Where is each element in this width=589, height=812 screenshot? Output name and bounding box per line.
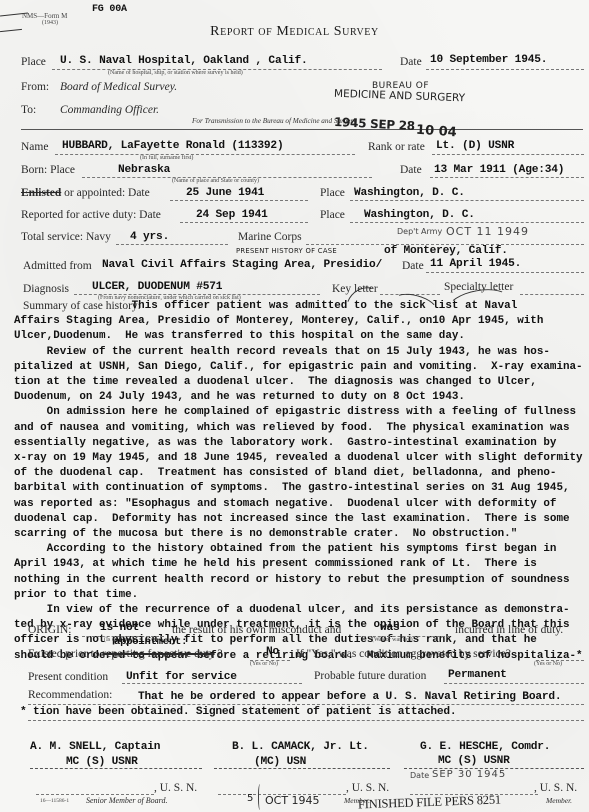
signature-2-corps: (MC) USN bbox=[254, 756, 306, 768]
summary-line: April 1943, at which time he held his pr… bbox=[14, 557, 582, 572]
from-value: Board of Medical Survey. bbox=[60, 81, 177, 93]
recommendation-label: Recommendation: bbox=[28, 689, 112, 701]
reported-date: 24 Sep 1941 bbox=[196, 209, 268, 221]
place-value: U. S. Naval Hospital, Oakland , Calif. bbox=[60, 55, 308, 67]
place-caption: (Name of hospital, ship, or station wher… bbox=[108, 70, 243, 76]
total-service-label: Total service: Navy bbox=[21, 231, 111, 243]
received-time-stamp: 10 04 bbox=[416, 123, 458, 141]
summary-line: In view of the recurrence of a duodenal … bbox=[14, 603, 582, 618]
header-divider bbox=[21, 129, 583, 130]
born-place-value: Nebraska bbox=[118, 164, 170, 176]
existed-label-struck: reporting for active duty bbox=[102, 648, 214, 660]
summary-line: was reported as: "Esophagus and stomach … bbox=[14, 497, 582, 512]
signature-1-role: Senior Member of Board. bbox=[86, 796, 167, 805]
admitted-label: Admitted from bbox=[23, 260, 92, 272]
existed-label-start: Existed prior to bbox=[28, 648, 100, 660]
summary-line: Ulcer,Duodenum. He was transferred to th… bbox=[14, 329, 582, 344]
summary-line: prior to that time. bbox=[14, 588, 582, 603]
signature-1-suffix: , U. S. N. bbox=[154, 782, 197, 794]
enlisted-date-rule bbox=[170, 200, 308, 201]
enlisted-place-value: Washington, D. C. bbox=[354, 187, 465, 199]
oct-stamp-day: 5 bbox=[247, 793, 253, 804]
signature-3-corps: MC (S) USNR bbox=[438, 755, 510, 767]
existed-caption: (Yes or No) bbox=[250, 661, 278, 667]
summary-line: This officer patient was admitted to the… bbox=[14, 299, 582, 314]
summary-line: tion at the time revealed a duodenal ulc… bbox=[14, 375, 582, 390]
date-value: 10 September 1945. bbox=[430, 54, 547, 66]
finished-file-stamp: FINISHED FILE PERS 8251 bbox=[358, 793, 501, 812]
diagnosis-label: Diagnosis bbox=[23, 283, 69, 295]
document-title: Report of Medical Survey bbox=[0, 24, 589, 40]
summary-line: of the duodenal cap. Treatment has consi… bbox=[14, 466, 582, 481]
signature-line-1 bbox=[36, 794, 154, 795]
present-condition-rule bbox=[122, 683, 302, 684]
signature-2-name: B. L. CAMACK, Jr. Lt. bbox=[232, 741, 369, 753]
summary-text: This officer patient was admitted to the… bbox=[14, 299, 582, 664]
born-place-caption: (Name of place and State or county) bbox=[172, 178, 259, 184]
summary-line: duodenal cap. Deformity has not increase… bbox=[14, 512, 582, 527]
recommendation-line1: That he be ordered to appear before a U.… bbox=[138, 691, 561, 703]
reported-label: Reported for active duty: Date bbox=[21, 209, 161, 221]
signature-1-name: A. M. SNELL, Captain bbox=[30, 741, 160, 753]
signature-3-name: G. E. HESCHE, Comdr. bbox=[420, 741, 550, 753]
from-label: From: bbox=[21, 81, 49, 93]
summary-line: scarring of the mucosa but there is no d… bbox=[14, 527, 582, 542]
enlisted-struck-label: Enlisted bbox=[21, 187, 61, 199]
future-duration-value: Permanent bbox=[448, 669, 507, 681]
existed-label: Existed prior to reporting for active du… bbox=[28, 648, 223, 660]
summary-line: On admission here he complained of epiga… bbox=[14, 405, 582, 420]
enlisted-place-label: Place bbox=[320, 187, 345, 199]
signature-3-suffix: , U. S. N. bbox=[534, 782, 577, 794]
admitted-date-label: Date bbox=[402, 260, 424, 272]
born-date-label: Date bbox=[400, 164, 422, 176]
rank-value: Lt. (D) USNR bbox=[436, 140, 514, 152]
dept-army-date-stamp: OCT 11 1949 bbox=[446, 225, 529, 238]
present-condition-label: Present condition bbox=[28, 671, 108, 683]
future-duration-label: Probable future duration bbox=[314, 670, 426, 682]
to-label: To: bbox=[21, 104, 36, 116]
admitted-date-rule bbox=[426, 272, 584, 273]
recommendation-rule bbox=[28, 720, 584, 721]
recommendation-line2: * tion have been obtained. Signed statem… bbox=[20, 706, 456, 718]
bureau-stamp-line2: MEDICINE AND SURGERY bbox=[334, 88, 465, 105]
name-label: Name bbox=[21, 141, 48, 153]
summary-line: essentially negative, as was the laborat… bbox=[14, 436, 582, 451]
admitted-value-cont: of Monterey, Calif. bbox=[384, 245, 508, 257]
rank-rule bbox=[432, 154, 584, 155]
medical-survey-document: NMS—Form M (1943) FG 00A Report of Medic… bbox=[0, 0, 589, 812]
marine-corps-label: Marine Corps bbox=[238, 231, 302, 243]
enlisted-label: Enlisted or appointed: Date bbox=[21, 187, 150, 199]
summary-line: Duodenum, on 24 July 1943, and he was re… bbox=[14, 390, 582, 405]
recommendation-rule bbox=[28, 704, 584, 705]
to-value: Commanding Officer. bbox=[60, 104, 159, 116]
diagnosis-value: ULCER, DUODENUM #571 bbox=[92, 281, 222, 293]
signature-1-rule bbox=[30, 768, 202, 769]
received-stamp: 1945 SEP 28 bbox=[334, 115, 415, 133]
summary-line: Review of the current health record reve… bbox=[14, 345, 582, 360]
date-stamp-label: Date bbox=[410, 771, 429, 780]
aggravated-caption: (Yes or No) bbox=[534, 661, 562, 667]
signature-3-role: Member. bbox=[546, 796, 572, 805]
origin-value: is not bbox=[100, 622, 139, 634]
transmission-note: For Transmission to the Bureau of Medici… bbox=[192, 117, 356, 125]
future-duration-rule bbox=[444, 683, 584, 684]
summary-line: According to the history obtained from t… bbox=[14, 542, 582, 557]
enlisted-date: 25 June 1941 bbox=[186, 187, 264, 199]
total-service-rule bbox=[116, 244, 228, 245]
history-section-title: PRESENT HISTORY OF CASE bbox=[236, 247, 337, 255]
misconduct-text: the result of his own misconduct and bbox=[172, 624, 341, 636]
signature-2-suffix: , U. S. N. bbox=[346, 782, 389, 794]
total-service-navy: 4 yrs. bbox=[130, 231, 169, 243]
existed-value: No bbox=[266, 646, 279, 658]
admitted-value: Naval Civil Affairs Staging Area, Presid… bbox=[102, 259, 382, 271]
date-label: Date bbox=[400, 56, 422, 68]
summary-line: barbital with continuation of symptoms. … bbox=[14, 481, 582, 496]
existed-insert: appointment: bbox=[114, 636, 187, 648]
summary-line: Affairs Staging Area, Presidio of Monter… bbox=[14, 314, 582, 329]
enlisted-place-rule bbox=[350, 200, 584, 201]
summary-line: x-ray on 19 May 1945, and 18 June 1945, … bbox=[14, 451, 582, 466]
admitted-date-value: 11 April 1945. bbox=[430, 258, 521, 270]
reported-date-rule bbox=[180, 222, 308, 223]
reported-place-value: Washington, D. C. bbox=[364, 209, 475, 221]
aggravated-label: If "Yes," was condition aggravated by se… bbox=[296, 648, 511, 660]
name-caption: (In full, surname first) bbox=[140, 155, 193, 161]
name-rule bbox=[55, 154, 355, 155]
origin-label: ORIGIN: bbox=[28, 624, 71, 636]
oct-stamp: OCT 1945 bbox=[265, 794, 320, 807]
dept-army-stamp: Dep't Army bbox=[397, 227, 442, 236]
rank-label: Rank or rate bbox=[368, 141, 425, 153]
form-id: NMS—Form M bbox=[22, 12, 67, 20]
born-date-value: 13 Mar 1911 (Age:34) bbox=[434, 164, 564, 176]
signature-1-corps: MC (S) USNR bbox=[66, 756, 138, 768]
reported-place-rule bbox=[350, 222, 584, 223]
print-code: 16—11586-1 bbox=[40, 798, 69, 804]
signature-2-rule bbox=[214, 768, 390, 769]
line-of-duty-value: was bbox=[380, 622, 400, 634]
stamp-bracket bbox=[258, 784, 263, 810]
file-code: FG 00A bbox=[92, 4, 127, 15]
date-stamp-value: SEP 30 1945 bbox=[432, 769, 506, 780]
line-of-duty-caption: (Was or was not) bbox=[372, 637, 413, 643]
summary-line: nothing in the current health record or … bbox=[14, 573, 582, 588]
summary-line: pitalized at USNH, San Diego, Calif., fo… bbox=[14, 360, 582, 375]
specialty-letter-rule bbox=[520, 294, 584, 295]
born-place-label: Born: Place bbox=[21, 164, 75, 176]
appointed-label: or appointed: Date bbox=[64, 187, 150, 199]
name-value: HUBBARD, LaFayette Ronald (113392) bbox=[62, 140, 283, 152]
place-label: Place bbox=[21, 56, 46, 68]
date-rule bbox=[426, 69, 584, 70]
present-condition-value: Unfit for service bbox=[126, 671, 237, 683]
line-of-duty-text: incurred in line of duty. bbox=[455, 624, 563, 636]
reported-place-label: Place bbox=[320, 209, 345, 221]
born-date-rule bbox=[430, 177, 584, 178]
summary-line: and of nausea and vomiting, which was re… bbox=[14, 421, 582, 436]
